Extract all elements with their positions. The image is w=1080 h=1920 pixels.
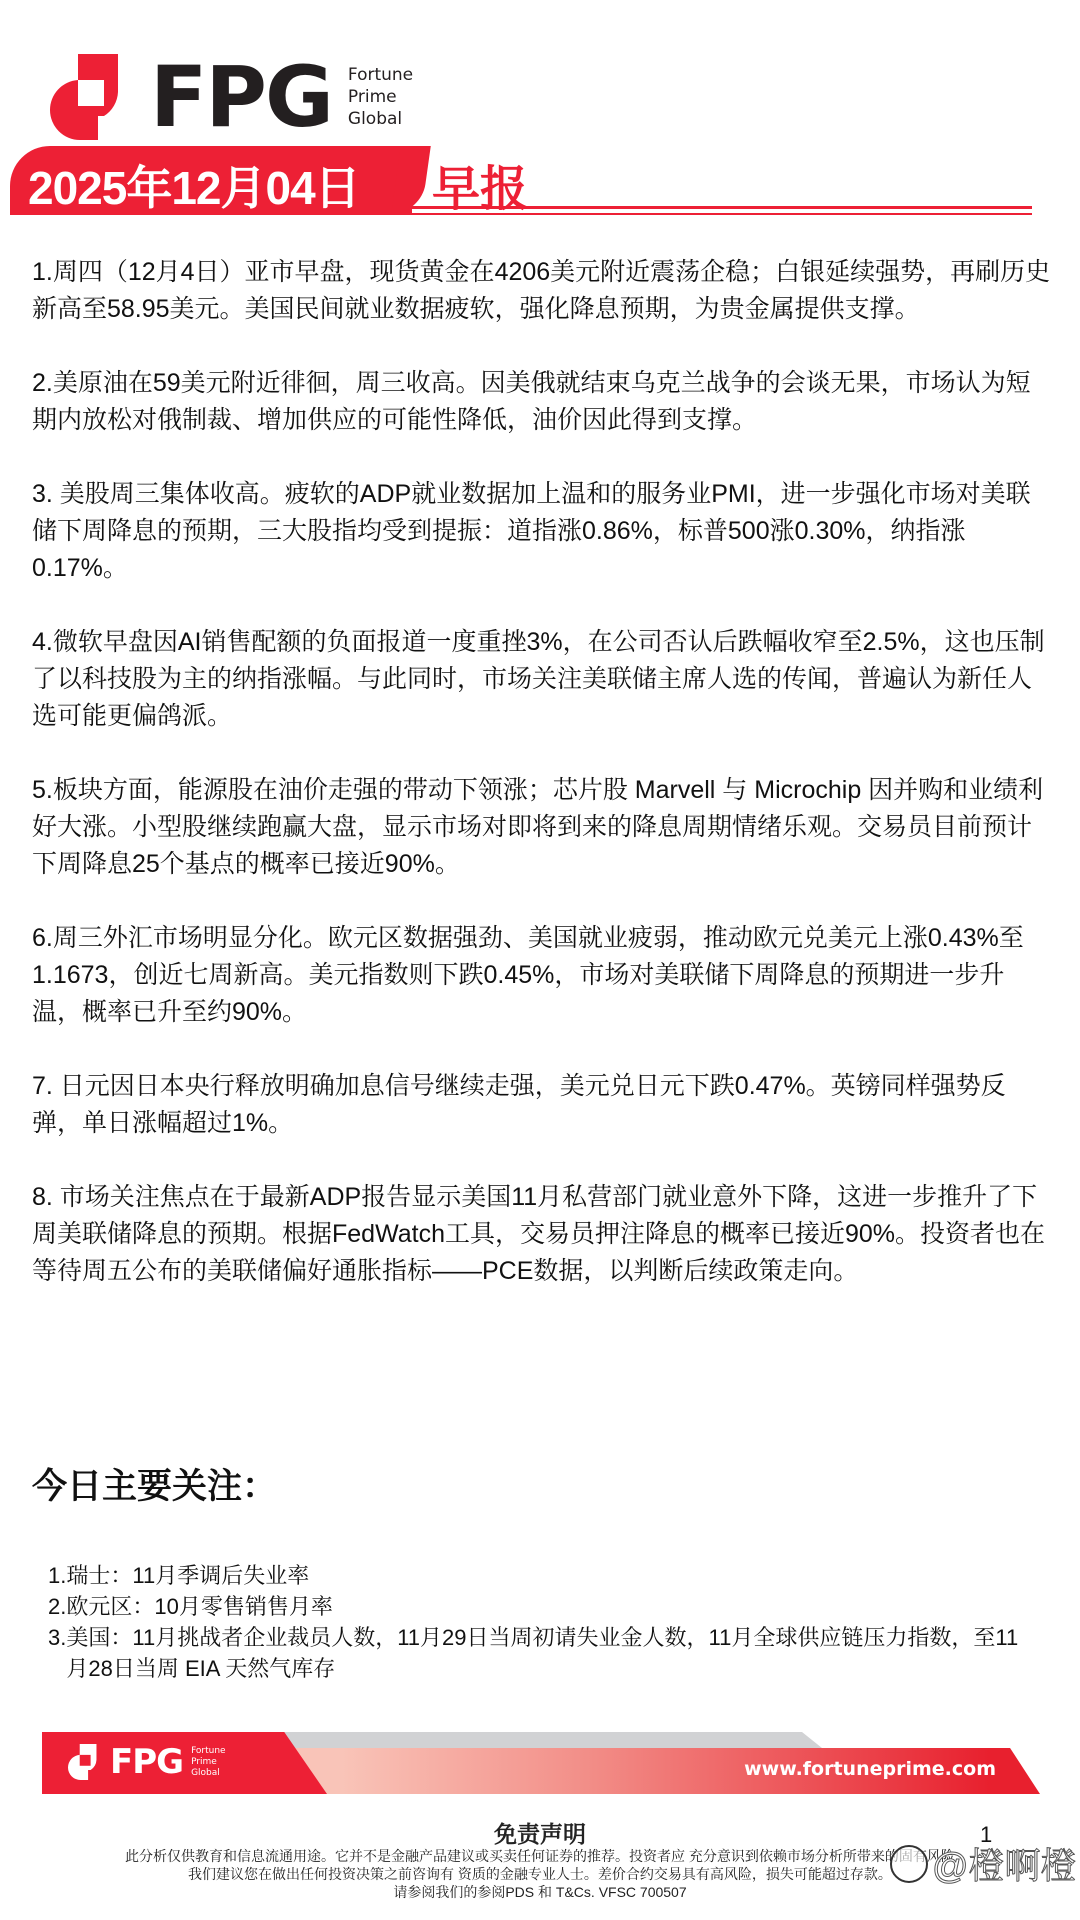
focus-heading: 今日主要关注： (32, 1459, 277, 1509)
news-item: 4.微软早盘因AI销售配额的负面报道一度重挫3%，在公司否认后跌幅收窄至2.5%… (32, 624, 1052, 735)
footer-banner: FPG Fortune Prime Global www.fortuneprim… (42, 1732, 1040, 1794)
logo-sub-line: Global (191, 1768, 220, 1778)
focus-item: 3. 美国：11月挑战者企业裁员人数，11月29日当周初请失业金人数，11月全球… (48, 1622, 1038, 1684)
website-link[interactable]: www.fortuneprime.com (744, 1758, 996, 1780)
fpg-logo-subtitle: Fortune Prime Global (348, 64, 413, 130)
footer-logo: FPG Fortune Prime Global (68, 1742, 226, 1782)
focus-item-text: 欧元区：10月零售销售月率 (66, 1591, 332, 1622)
logo-sub-line: Fortune (348, 64, 413, 86)
weibo-icon (890, 1845, 928, 1883)
footer-logo-subtitle: Fortune Prime Global (191, 1746, 226, 1779)
news-item: 3. 美股周三集体收高。疲软的ADP就业数据加上温和的服务业PMI，进一步强化市… (32, 476, 1052, 587)
footer-logo-text: FPG (110, 1742, 183, 1782)
report-date: 2025年12月04日 (28, 152, 360, 218)
focus-list: 1. 瑞士：11月季调后失业率 2. 欧元区：10月零售销售月率 3. 美国：1… (48, 1560, 1038, 1684)
focus-item-number: 2. (48, 1591, 66, 1622)
news-item: 5.板块方面，能源股在油价走强的带动下领涨；芯片股 Marvell 与 Micr… (32, 772, 1052, 883)
fpg-logo: FPG Fortune Prime Global (50, 52, 413, 142)
news-item: 6.周三外汇市场明显分化。欧元区数据强劲、美国就业疲弱，推动欧元兑美元上涨0.4… (32, 920, 1052, 1031)
watermark: @橙啊橙 (890, 1838, 1077, 1889)
focus-item-number: 1. (48, 1560, 66, 1591)
logo-sub-line: Prime (348, 86, 413, 108)
focus-item: 2. 欧元区：10月零售销售月率 (48, 1591, 1038, 1622)
news-item: 2.美原油在59美元附近徘徊，周三收高。因美俄就结束乌克兰战争的会谈无果，市场认… (32, 365, 1052, 439)
news-item: 7. 日元因日本央行释放明确加息信号继续走强，美元兑日元下跌0.47%。英镑同样… (32, 1068, 1052, 1142)
logo-sub-line: Global (348, 108, 413, 130)
news-list: 1.周四（12月4日）亚市早盘，现货黄金在4206美元附近震荡企稳；白银延续强势… (32, 254, 1052, 1327)
focus-item-number: 3. (48, 1622, 66, 1684)
logo-sub-line: Prime (191, 1757, 217, 1767)
fpg-logo-mark-icon (68, 1744, 104, 1780)
logo-sub-line: Fortune (191, 1746, 226, 1756)
fpg-logo-text: FPG (150, 55, 332, 139)
news-item: 8. 市场关注焦点在于最新ADP报告显示美国11月私营部门就业意外下降，这进一步… (32, 1179, 1052, 1290)
news-item: 1.周四（12月4日）亚市早盘，现货黄金在4206美元附近震荡企稳；白银延续强势… (32, 254, 1052, 328)
focus-item-text: 瑞士：11月季调后失业率 (66, 1560, 309, 1591)
fpg-logo-mark-icon (50, 54, 136, 140)
focus-item: 1. 瑞士：11月季调后失业率 (48, 1560, 1038, 1591)
report-title: 早报 (432, 150, 528, 219)
watermark-text: @橙啊橙 (932, 1838, 1077, 1889)
focus-item-text: 美国：11月挑战者企业裁员人数，11月29日当周初请失业金人数，11月全球供应链… (66, 1622, 1038, 1684)
